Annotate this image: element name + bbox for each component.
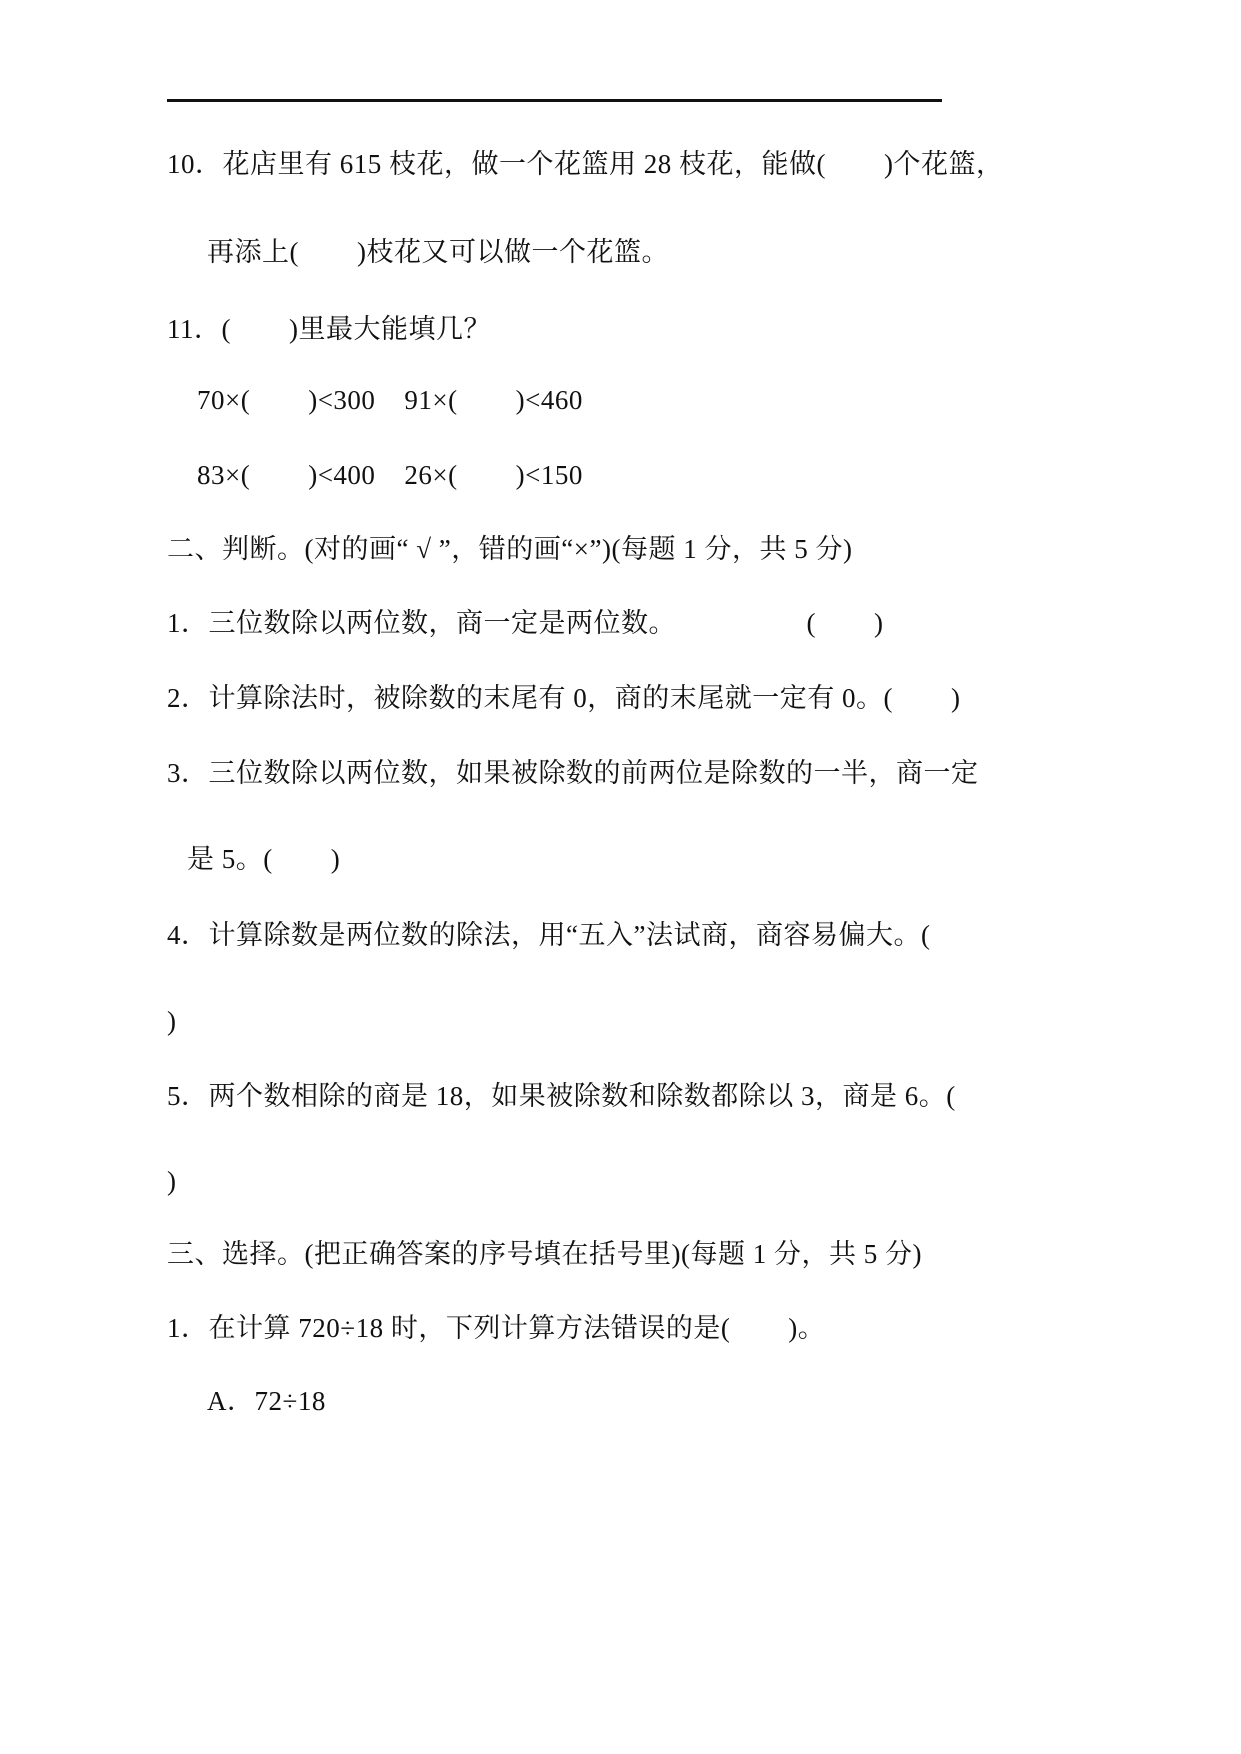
judge-item-5-line-2: ) [167, 1165, 177, 1197]
judge-item-3-line-1: 3．三位数除以两位数，如果被除数的前两位是除数的一半，商一定 [167, 757, 979, 789]
question-10-line-1: 10．花店里有 615 枝花，做一个花篮用 28 枝花，能做( )个花篮， [167, 148, 1003, 180]
section-2-heading: 二、判断。(对的画“ √ ”，错的画“×”)(每题 1 分，共 5 分) [167, 533, 852, 565]
section-3-heading: 三、选择。(把正确答案的序号填在括号里)(每题 1 分，共 5 分) [167, 1238, 922, 1270]
question-11-prompt: 11．( )里最大能填几？ [167, 313, 491, 345]
judge-item-4-line-2: ) [167, 1005, 177, 1037]
question-11-row-1: 70×( )<300 91×( )<460 [197, 384, 583, 416]
judge-item-1: 1．三位数除以两位数，商一定是两位数。 ( ) [167, 607, 883, 639]
question-11-row-2: 83×( )<400 26×( )<150 [197, 459, 583, 491]
choice-item-1-option-a: A．72÷18 [207, 1385, 326, 1417]
judge-item-5-line-1: 5．两个数相除的商是 18，如果被除数和除数都除以 3，商是 6。( [167, 1080, 956, 1112]
choice-item-1: 1．在计算 720÷18 时，下列计算方法错误的是( )。 [167, 1312, 825, 1344]
judge-item-2: 2．计算除法时，被除数的末尾有 0，商的末尾就一定有 0。( ) [167, 682, 960, 714]
judge-item-3-line-2: 是 5。( ) [187, 843, 340, 875]
question-10-line-2: 再添上( )枝花又可以做一个花篮。 [207, 236, 669, 268]
header-rule [167, 99, 942, 102]
judge-item-4-line-1: 4．计算除数是两位数的除法，用“五入”法试商，商容易偏大。( [167, 919, 930, 951]
